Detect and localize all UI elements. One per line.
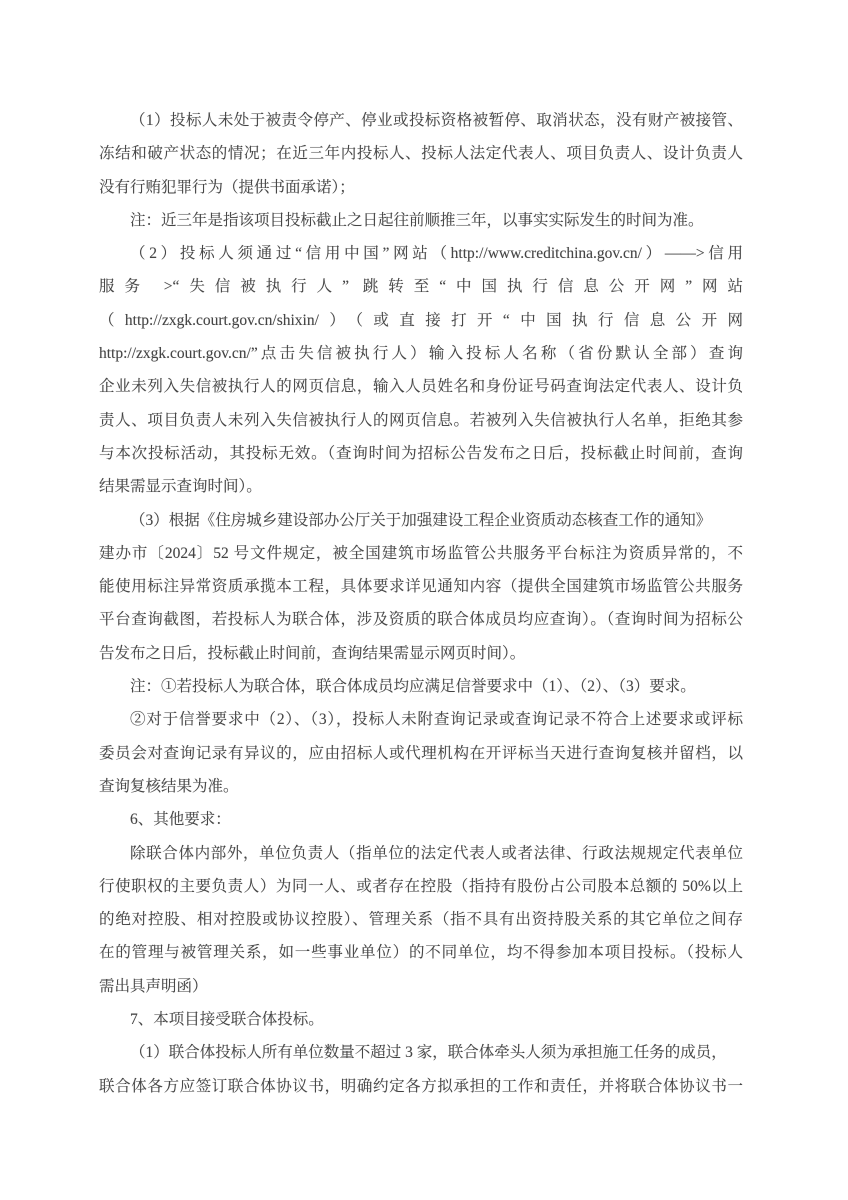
doc-line: 注：近三年是指该项目投标截止之日起往前顺推三年，以事实实际发生的时间为准。 — [99, 204, 743, 237]
doc-line: ②对于信誉要求中（2）、（3），投标人未附查询记录或查询记录不符合上述要求或评标 — [99, 703, 743, 736]
doc-line: 的绝对控股、相对控股或协议控股）、管理关系（指不具有出资持股关系的其它单位之间存 — [99, 903, 743, 936]
document-text-block: （1）投标人未处于被责令停产、停业或投标资格被暂停、取消状态，没有财产被接管、 … — [99, 104, 743, 1103]
doc-line: 服务 >“失信被执行人” 跳转至“中国执行信息公开网”网站 — [99, 270, 743, 303]
doc-line: 注：①若投标人为联合体，联合体成员均应满足信誉要求中（1）、（2）、（3）要求。 — [99, 670, 743, 703]
document-page: （1）投标人未处于被责令停产、停业或投标资格被暂停、取消状态，没有财产被接管、 … — [0, 0, 848, 1200]
doc-line: （2）投标人须通过“信用中国”网站（http://www.creditchina… — [99, 237, 743, 270]
doc-line: 联合体各方应签订联合体协议书，明确约定各方拟承担的工作和责任，并将联合体协议书一 — [99, 1070, 743, 1103]
doc-line: 建办市〔2024〕52 号文件规定，被全国建筑市场监管公共服务平台标注为资质异常… — [99, 537, 743, 570]
doc-line: 7、本项目接受联合体投标。 — [99, 1003, 743, 1036]
doc-line: 能使用标注异常资质承揽本工程，具体要求详见通知内容（提供全国建筑市场监管公共服务 — [99, 570, 743, 603]
doc-line: 6、其他要求： — [99, 803, 743, 836]
doc-line: （1）投标人未处于被责令停产、停业或投标资格被暂停、取消状态，没有财产被接管、 — [99, 104, 743, 137]
doc-line: 需出具声明函） — [99, 970, 743, 1003]
doc-line: 冻结和破产状态的情况；在近三年内投标人、投标人法定代表人、项目负责人、设计负责人 — [99, 137, 743, 170]
doc-line: 结果需显示查询时间）。 — [99, 470, 743, 503]
doc-line: （http://zxgk.court.gov.cn/shixin/）（或直接打开… — [99, 304, 743, 337]
doc-line: 与本次投标活动，其投标无效。（查询时间为招标公告发布之日后，投标截止时间前，查询 — [99, 437, 743, 470]
doc-line: 企业未列入失信被执行人的网页信息，输入人员姓名和身份证号码查询法定代表人、设计负 — [99, 370, 743, 403]
doc-line: 没有行贿犯罪行为（提供书面承诺）； — [99, 171, 743, 204]
doc-line: 在的管理与被管理关系，如一些事业单位）的不同单位，均不得参加本项目投标。（投标人 — [99, 936, 743, 969]
doc-line: 除联合体内部外，单位负责人（指单位的法定代表人或者法律、行政法规规定代表单位 — [99, 837, 743, 870]
doc-line: （3）根据《住房城乡建设部办公厅关于加强建设工程企业资质动态核查工作的通知》 — [99, 504, 743, 537]
doc-line: 告发布之日后，投标截止时间前，查询结果需显示网页时间）。 — [99, 637, 743, 670]
doc-line: http://zxgk.court.gov.cn/”点击失信被执行人）输入投标人… — [99, 337, 743, 370]
doc-line: （1）联合体投标人所有单位数量不超过 3 家，联合体牵头人须为承担施工任务的成员… — [99, 1036, 743, 1069]
doc-line: 平台查询截图，若投标人为联合体，涉及资质的联合体成员均应查询）。（查询时间为招标… — [99, 603, 743, 636]
doc-line: 查询复核结果为准。 — [99, 770, 743, 803]
doc-line: 责人、项目负责人未列入失信被执行人的网页信息。若被列入失信被执行人名单，拒绝其参 — [99, 404, 743, 437]
doc-line: 委员会对查询记录有异议的，应由招标人或代理机构在开评标当天进行查询复核并留档，以 — [99, 737, 743, 770]
doc-line: 行使职权的主要负责人）为同一人、或者存在控股（指持有股份占公司股本总额的 50%… — [99, 870, 743, 903]
